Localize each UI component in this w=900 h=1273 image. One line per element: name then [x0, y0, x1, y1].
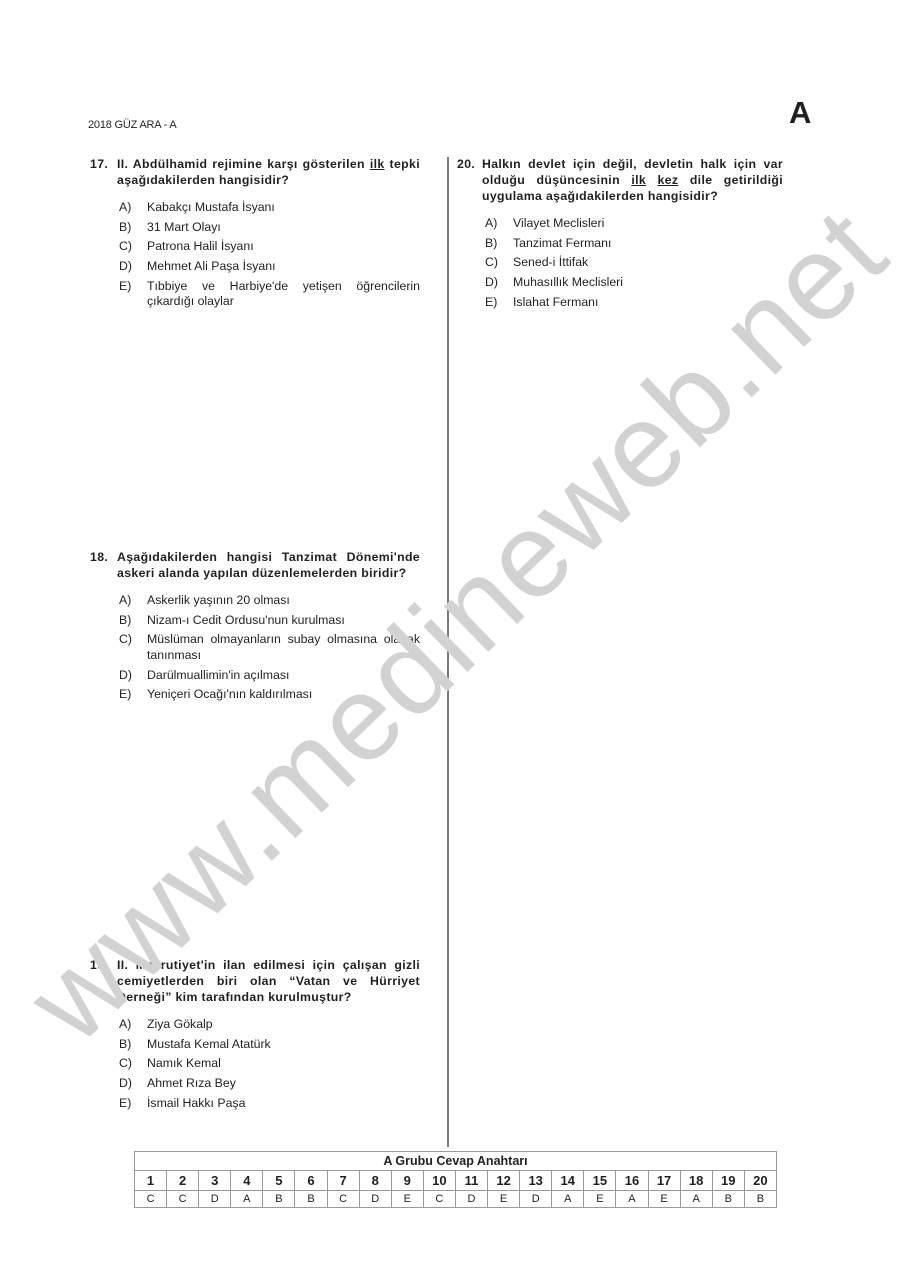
- answer-key-table: A Grubu Cevap Anahtarı 12345678910111213…: [134, 1151, 777, 1208]
- answer-key-number-cell: 17: [648, 1171, 680, 1191]
- answer-key-answer-cell: E: [488, 1191, 520, 1208]
- option-list: A)Ziya Gökalp B)Mustafa Kemal Atatürk C)…: [90, 1017, 420, 1111]
- question-text: II. Meşrutiyet'in ilan edilmesi için çal…: [117, 958, 420, 1004]
- answer-key-answer-cell: C: [327, 1191, 359, 1208]
- option-e[interactable]: E)Yeniçeri Ocağı'nın kaldırılması: [119, 687, 420, 703]
- option-list: A)Vilayet Meclisleri B)Tanzimat Fermanı …: [457, 216, 783, 310]
- question-number: 17.: [90, 156, 108, 172]
- option-e[interactable]: E)Islahat Fermanı: [485, 295, 783, 311]
- option-d[interactable]: D)Darülmuallimin'in açılması: [119, 668, 420, 684]
- answer-key-number-cell: 10: [423, 1171, 455, 1191]
- answer-key-number-cell: 16: [616, 1171, 648, 1191]
- option-a[interactable]: A)Kabakçı Mustafa İsyanı: [119, 200, 420, 216]
- option-a[interactable]: A)Vilayet Meclisleri: [485, 216, 783, 232]
- answer-key-number-cell: 12: [488, 1171, 520, 1191]
- option-c[interactable]: C)Patrona Halil İsyanı: [119, 239, 420, 255]
- question-text: II. Abdülhamid rejimine karşı gösterilen…: [117, 157, 420, 187]
- answer-key-numbers: 1234567891011121314151617181920: [135, 1171, 777, 1191]
- answer-key-answer-cell: B: [712, 1191, 744, 1208]
- question-text: Halkın devlet için değil, devletin halk …: [482, 157, 783, 203]
- question-stem: 19. II. Meşrutiyet'in ilan edilmesi için…: [90, 957, 420, 1005]
- option-c[interactable]: C)Müslüman olmayanların subay olmasına o…: [119, 632, 420, 663]
- answer-key-number-cell: 11: [455, 1171, 487, 1191]
- answer-key-number-cell: 8: [359, 1171, 391, 1191]
- question-17: 17. II. Abdülhamid rejimine karşı göster…: [90, 156, 420, 314]
- answer-key-answer-cell: D: [520, 1191, 552, 1208]
- answer-key-answer-cell: B: [295, 1191, 327, 1208]
- question-number: 19.: [90, 957, 108, 973]
- question-19: 19. II. Meşrutiyet'in ilan edilmesi için…: [90, 957, 420, 1115]
- answer-key-answer-cell: A: [680, 1191, 712, 1208]
- option-b[interactable]: B)Tanzimat Fermanı: [485, 236, 783, 252]
- answer-key-number-cell: 20: [744, 1171, 776, 1191]
- question-stem: 20. Halkın devlet için değil, devletin h…: [457, 156, 783, 204]
- answer-key-number-cell: 9: [391, 1171, 423, 1191]
- answer-key-number-cell: 15: [584, 1171, 616, 1191]
- option-b[interactable]: B)31 Mart Olayı: [119, 220, 420, 236]
- answer-key-answer-cell: A: [231, 1191, 263, 1208]
- answer-key-answer-cell: D: [455, 1191, 487, 1208]
- emphasis-underline: ilk: [631, 173, 646, 187]
- emphasis-underline: ilk: [370, 157, 385, 171]
- answer-key-answer-cell: E: [648, 1191, 680, 1208]
- answer-key-answer-cell: B: [744, 1191, 776, 1208]
- answer-key-number-cell: 5: [263, 1171, 295, 1191]
- option-a[interactable]: A)Askerlik yaşının 20 olması: [119, 593, 420, 609]
- answer-key-number-cell: 13: [520, 1171, 552, 1191]
- question-20: 20. Halkın devlet için değil, devletin h…: [457, 156, 783, 314]
- answer-key-answer-cell: E: [584, 1191, 616, 1208]
- answer-key-title: A Grubu Cevap Anahtarı: [135, 1152, 777, 1171]
- answer-key-number-cell: 14: [552, 1171, 584, 1191]
- option-list: A)Askerlik yaşının 20 olması B)Nizam-ı C…: [90, 593, 420, 703]
- answer-key-answer-cell: C: [423, 1191, 455, 1208]
- question-number: 20.: [457, 156, 475, 172]
- exam-label: 2018 GÜZ ARA - A: [88, 119, 177, 131]
- answer-key-answer-cell: C: [167, 1191, 199, 1208]
- answer-key-number-cell: 4: [231, 1171, 263, 1191]
- question-18: 18. Aşağıdakilerden hangisi Tanzimat Dön…: [90, 549, 420, 707]
- answer-key-number-cell: 6: [295, 1171, 327, 1191]
- answer-key-answer-cell: C: [135, 1191, 167, 1208]
- option-e[interactable]: E)İsmail Hakkı Paşa: [119, 1096, 420, 1112]
- answer-key-number-cell: 18: [680, 1171, 712, 1191]
- option-d[interactable]: D)Ahmet Rıza Bey: [119, 1076, 420, 1092]
- answer-key-answer-cell: A: [616, 1191, 648, 1208]
- answer-key-number-cell: 19: [712, 1171, 744, 1191]
- answer-key-answer-cell: D: [359, 1191, 391, 1208]
- answer-key-answer-cell: D: [199, 1191, 231, 1208]
- answer-key-number-cell: 3: [199, 1171, 231, 1191]
- option-d[interactable]: D)Muhasıllık Meclisleri: [485, 275, 783, 291]
- column-divider: [447, 157, 449, 1147]
- question-stem: 17. II. Abdülhamid rejimine karşı göster…: [90, 156, 420, 188]
- option-list: A)Kabakçı Mustafa İsyanı B)31 Mart Olayı…: [90, 200, 420, 310]
- option-e[interactable]: E)Tıbbiye ve Harbiye'de yetişen öğrencil…: [119, 279, 420, 310]
- option-b[interactable]: B)Mustafa Kemal Atatürk: [119, 1037, 420, 1053]
- answer-key-number-cell: 1: [135, 1171, 167, 1191]
- question-text: Aşağıdakilerden hangisi Tanzimat Dönemi'…: [117, 550, 420, 580]
- answer-key-answer-cell: A: [552, 1191, 584, 1208]
- option-c[interactable]: C)Namık Kemal: [119, 1056, 420, 1072]
- booklet-letter: A: [789, 95, 811, 131]
- question-number: 18.: [90, 549, 108, 565]
- option-b[interactable]: B)Nizam-ı Cedit Ordusu'nun kurulması: [119, 613, 420, 629]
- answer-key-answer-cell: E: [391, 1191, 423, 1208]
- option-c[interactable]: C)Sened-i İttifak: [485, 255, 783, 271]
- option-a[interactable]: A)Ziya Gökalp: [119, 1017, 420, 1033]
- answer-key-answer-cell: B: [263, 1191, 295, 1208]
- question-stem: 18. Aşağıdakilerden hangisi Tanzimat Dön…: [90, 549, 420, 581]
- option-d[interactable]: D)Mehmet Ali Paşa İsyanı: [119, 259, 420, 275]
- answer-key-number-cell: 2: [167, 1171, 199, 1191]
- answer-key-number-cell: 7: [327, 1171, 359, 1191]
- emphasis-underline: kez: [658, 173, 679, 187]
- answer-key-answers: CCDABBCDECDEDAEAEABB: [135, 1191, 777, 1208]
